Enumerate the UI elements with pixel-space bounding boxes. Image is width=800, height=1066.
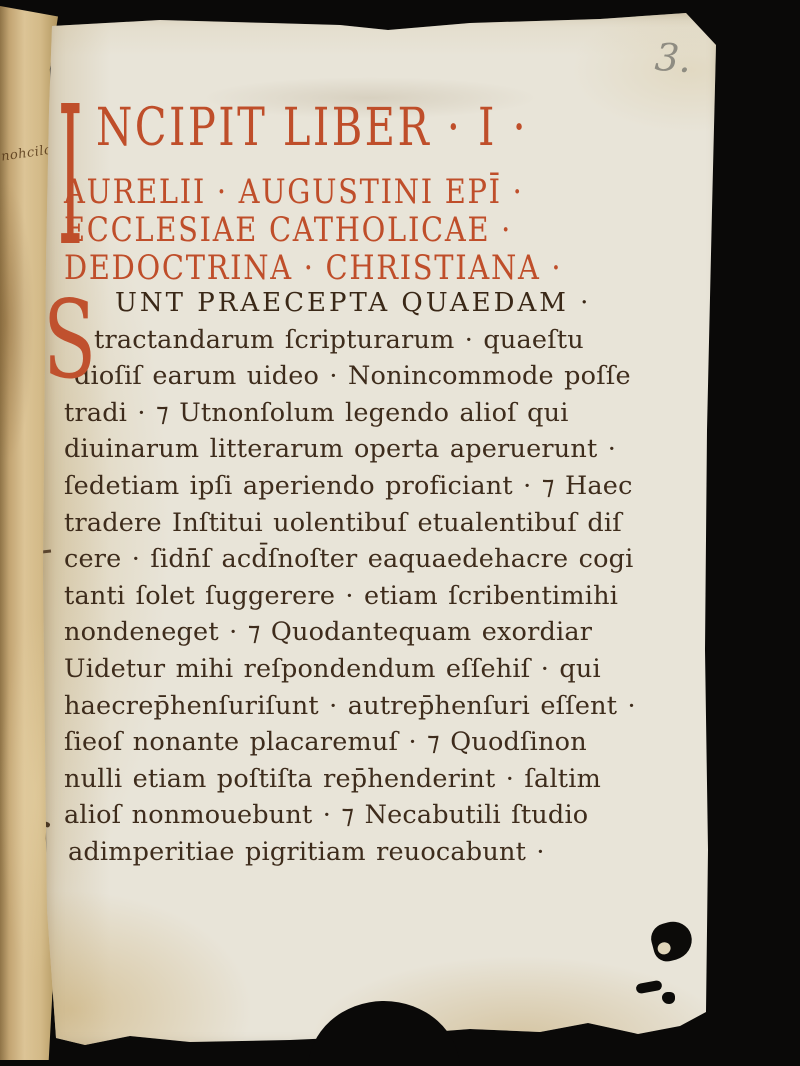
text-line: ſedetiam ipſi aperiendo proficiant · ⁊ H… (64, 471, 694, 508)
manuscript-page: 3. I NCIPIT LIBER · I · AURELII · AUGUST… (40, 10, 720, 1054)
text-line: cere · ſidn̄ſ acd̄ſnoſter eaquaedehacre … (64, 544, 694, 581)
incipit-line: I NCIPIT LIBER · I · (64, 98, 568, 172)
marginalia-inscription: nohcilop (0, 142, 54, 164)
rubric-line: AURELII · AUGUSTINI EPĪ · (64, 172, 600, 210)
text-line: alioſ nonmouebunt · ⁊ Necabutili ſtudio (64, 800, 694, 837)
parchment-hole-dot (662, 992, 675, 1004)
text-line: nondeneget · ⁊ Quodantequam exordiar (64, 617, 694, 654)
rubric-line: ECCLESIAE CATHOLICAE · (64, 210, 600, 248)
text-line: adimperitiae pigritiam reuocabunt · (68, 837, 694, 874)
folio-number: 3. (654, 35, 693, 81)
rubric-line: DEDOCTRINA · CHRISTIANA · (64, 248, 600, 286)
text-line: UNT PRAECEPTA QUAEDAM · (115, 288, 694, 325)
text-line: tanti ſolet ſuggerere · etiam ſcribentim… (64, 581, 694, 618)
manuscript-photo: nohcilop 3. I NCIPIT LIBER · I · AURELII… (0, 0, 800, 1066)
text-line: tradere Inſtitui uolentibuſ etualentibuſ… (64, 508, 694, 545)
parchment-hole (648, 917, 696, 964)
text-line: nulli etiam poſtiſta rep̄henderint · ſal… (64, 764, 694, 801)
text-line: tractandarum ſcripturarum · quaeſtu (94, 325, 694, 362)
drop-cap-s: S (43, 298, 96, 384)
text-area: I NCIPIT LIBER · I · AURELII · AUGUSTINI… (64, 98, 694, 874)
margin-tick (42, 550, 51, 554)
incipit-text: NCIPIT LIBER · I · (96, 98, 528, 158)
text-line: haecrep̄henſuriſunt · autrep̄henſuri eſſ… (64, 691, 694, 728)
hole-highlight (656, 941, 672, 956)
text-line: ſieoſ nonante placaremuſ · ⁊ Quodſinon (64, 727, 694, 764)
text-line: diuinarum litterarum operta aperuerunt · (64, 434, 694, 471)
rubric-block: AURELII · AUGUSTINI EPĪ ·ECCLESIAE CATHO… (64, 172, 694, 286)
body-block: S UNT PRAECEPTA QUAEDAM ·tractandarum ſc… (64, 288, 694, 874)
text-line: dioſiſ earum uideo · Nonincommode poſſe (74, 361, 694, 398)
parchment-hole-small (635, 980, 662, 994)
text-line: tradi · ⁊ Utnonſolum legendo alioſ qui (64, 398, 694, 435)
text-line: Uidetur mihi reſpondendum eſſehiſ · qui (64, 654, 694, 691)
